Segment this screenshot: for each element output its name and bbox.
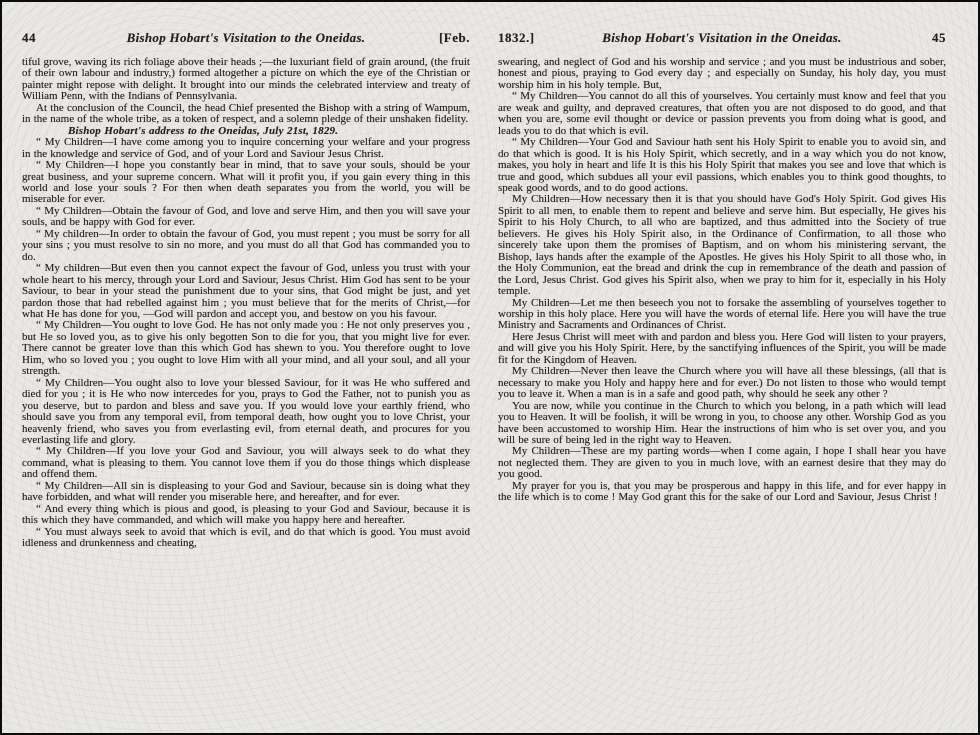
paragraph: tiful grove, waving its rich foliage abo… xyxy=(22,57,470,103)
page-left: 44 Bishop Hobart's Visitation to the One… xyxy=(22,14,470,733)
paragraph: “ My children—In order to obtain the fav… xyxy=(22,229,470,263)
issue-date-marker: 1832.] xyxy=(498,30,550,46)
paragraph: “ My Children—Your God and Saviour hath … xyxy=(498,137,946,194)
paragraph: “ My Children—All sin is displeasing to … xyxy=(22,481,470,504)
running-title: Bishop Hobart's Visitation in the Oneida… xyxy=(550,30,894,46)
paragraph: You are now, while you continue in the C… xyxy=(498,401,946,447)
issue-date-marker: [Feb. xyxy=(418,30,470,46)
paragraph: “ My Children—If you love your God and S… xyxy=(22,446,470,480)
paragraph: “ My Children—Obtain the favour of God, … xyxy=(22,206,470,229)
paragraph: “ My Children—You cannot do all this of … xyxy=(498,91,946,137)
paragraph: “ My Children—I have come among you to i… xyxy=(22,137,470,160)
running-title: Bishop Hobart's Visitation to the Oneida… xyxy=(74,30,418,46)
page-right-body: swearing, and neglect of God and his wor… xyxy=(498,57,946,504)
page-left-body: tiful grove, waving its rich foliage abo… xyxy=(22,57,470,549)
paragraph: “ My Children—You ought to love God. He … xyxy=(22,320,470,377)
page-left-header: 44 Bishop Hobart's Visitation to the One… xyxy=(22,30,470,46)
page-right-header: 1832.] Bishop Hobart's Visitation in the… xyxy=(498,30,946,46)
paragraph: “ My Children—You ought also to love you… xyxy=(22,378,470,447)
paragraph: My Children—How necessary then it is tha… xyxy=(498,194,946,297)
scanned-book-spread: 44 Bishop Hobart's Visitation to the One… xyxy=(0,0,980,735)
paragraph: My Children—Let me then beseech you not … xyxy=(498,298,946,332)
paragraph: My Children—Never then leave the Church … xyxy=(498,366,946,400)
paragraph: swearing, and neglect of God and his wor… xyxy=(498,57,946,91)
paragraph: “ My Children—I hope you constantly bear… xyxy=(22,160,470,206)
page-right: 1832.] Bishop Hobart's Visitation in the… xyxy=(498,14,946,733)
paragraph: At the conclusion of the Council, the he… xyxy=(22,103,470,126)
page-number: 44 xyxy=(22,30,74,46)
paragraph: “ And every thing which is pious and goo… xyxy=(22,504,470,527)
paragraph: Here Jesus Christ will meet with and par… xyxy=(498,332,946,366)
paragraph: “ My children—But even then you cannot e… xyxy=(22,263,470,320)
paragraph: “ You must always seek to avoid that whi… xyxy=(22,527,470,550)
paragraph: My prayer for you is, that you may be pr… xyxy=(498,481,946,504)
paragraph: My Children—These are my parting words—w… xyxy=(498,446,946,480)
page-number: 45 xyxy=(894,30,946,46)
